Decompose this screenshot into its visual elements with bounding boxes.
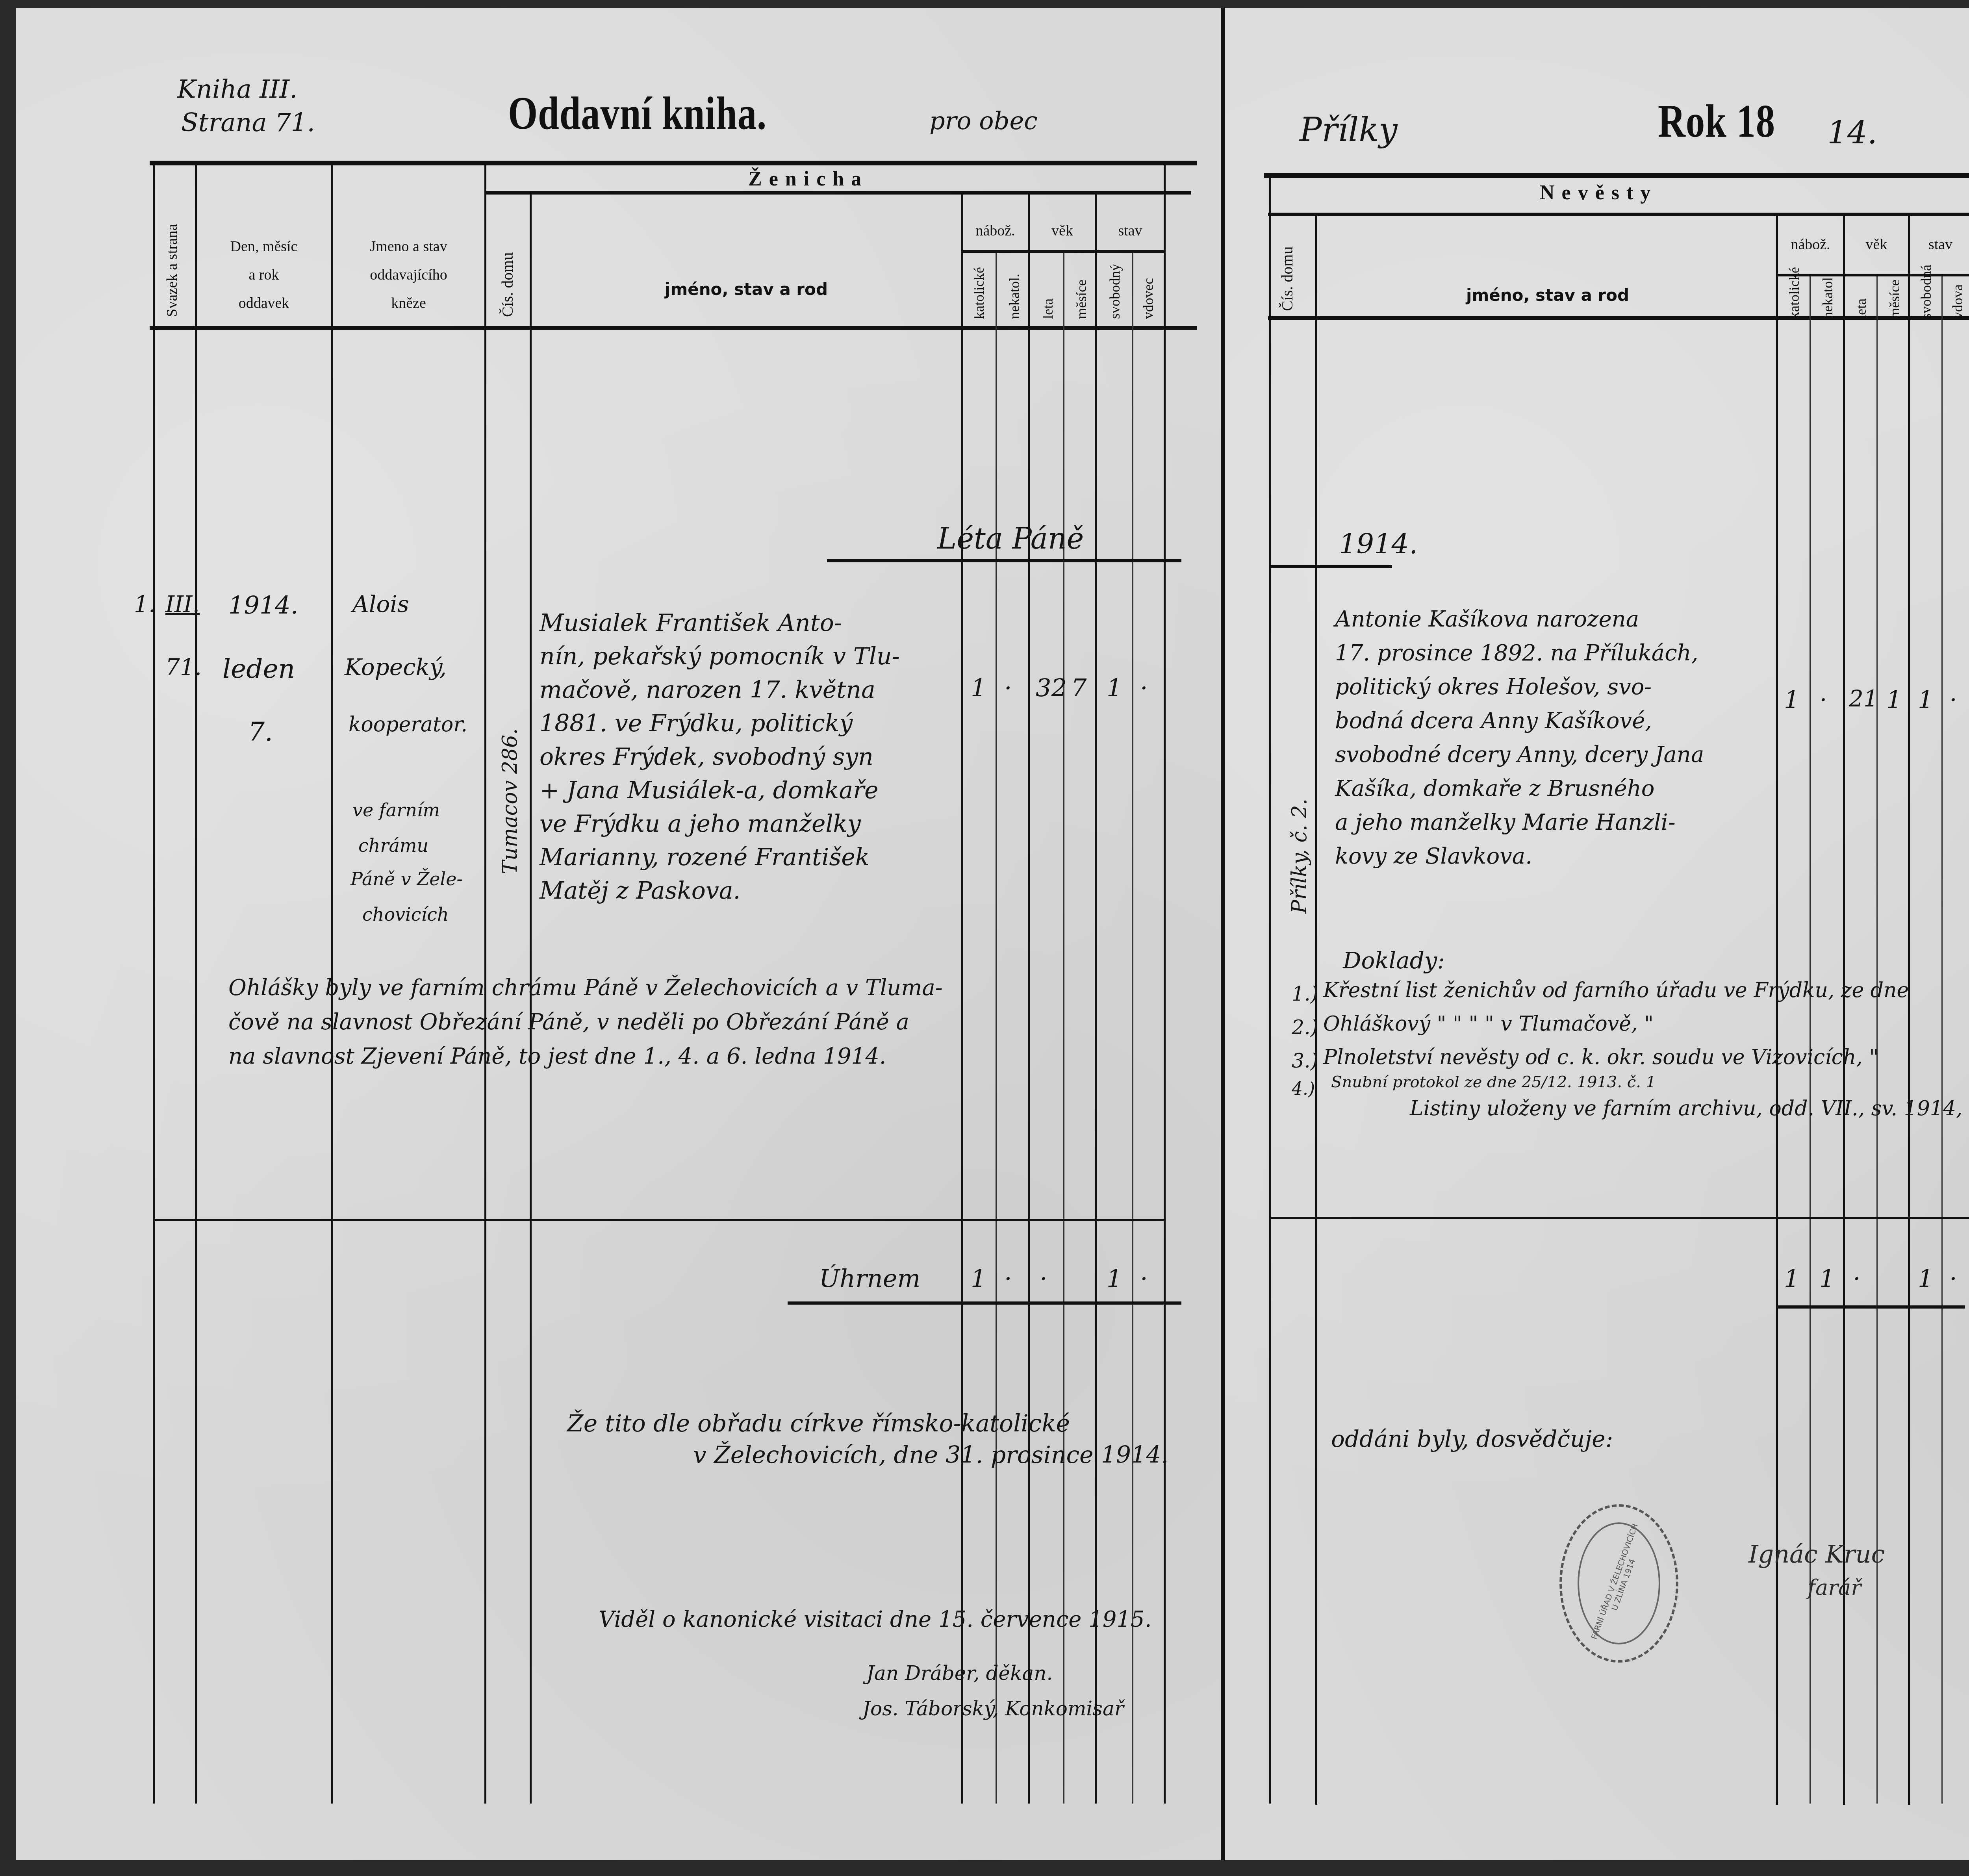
header-years: leta bbox=[1853, 298, 1869, 319]
entry-date-day: 7. bbox=[248, 717, 273, 747]
bride-line: 17. prosince 1892. na Přílukách, bbox=[1335, 636, 1704, 670]
signature-commissioner: Jos. Táborský, Konkomisař bbox=[862, 1697, 1124, 1720]
header-name-status-origin: jméno, stav a rod bbox=[532, 280, 961, 299]
left-page: Kniha III. Strana 71. Oddavní kniha. pro… bbox=[16, 8, 1225, 1860]
header-priest-line: Jmeno a stav bbox=[333, 232, 484, 261]
header-house-no: Čís. domu bbox=[1278, 247, 1296, 311]
header-months: měsíce bbox=[1886, 280, 1903, 319]
header-noncatholic: nekatol. bbox=[1819, 274, 1836, 319]
entry-volume: III. bbox=[165, 591, 200, 617]
priest-line: Alois bbox=[352, 591, 409, 617]
document-text: Snubní protokol ze dne 25/12. 1913. č. 1 bbox=[1331, 1073, 1656, 1091]
header-date: Den, měsíc a rok oddavek bbox=[197, 232, 331, 318]
total-label: Úhrnem bbox=[819, 1264, 920, 1293]
archive-note: Listiny uloženy ve farním archivu, odd. … bbox=[1410, 1097, 1969, 1120]
document-text: Křestní list ženichův od farního úřadu v… bbox=[1323, 979, 1909, 1002]
book-label: Kniha III. bbox=[177, 75, 297, 104]
document-no: 1.) bbox=[1292, 982, 1318, 1005]
header-date-line: Den, měsíc bbox=[197, 232, 331, 261]
groom-age-years: 32 bbox=[1036, 673, 1067, 702]
entry-page: 71. bbox=[165, 654, 202, 680]
header-catholic: katolické bbox=[1786, 267, 1802, 319]
total-value: 1 bbox=[971, 1264, 986, 1293]
bride-details: Antonie Kašíkova narozena 17. prosince 1… bbox=[1335, 602, 1704, 873]
priest-line: chovicích bbox=[362, 904, 449, 925]
header-groom-group: Ženicha bbox=[748, 167, 868, 191]
certification-line: Že tito dle obřadu církve římsko-katolic… bbox=[567, 1410, 1070, 1437]
bride-line: svobodné dcery Anny, dcery Jana bbox=[1335, 738, 1704, 772]
documents-heading: Doklady: bbox=[1343, 947, 1445, 974]
header-status: stav bbox=[1097, 217, 1164, 245]
groom-line: ve Frýdku a jeho manželky bbox=[540, 807, 900, 841]
header-single: svobodný bbox=[1107, 264, 1123, 319]
header-years: leta bbox=[1040, 298, 1056, 319]
municipality-prefix: pro obec bbox=[929, 106, 1038, 135]
header-status: stav bbox=[1910, 230, 1969, 259]
document-no: 2.) bbox=[1292, 1016, 1318, 1039]
document-text: Ohláškový " " " " v Tlumačově, " bbox=[1323, 1012, 1654, 1036]
parish-seal: FARNÍ ÚŘAD V ŽELECHOVICÍCH U ZLÍNA 1914 bbox=[1559, 1504, 1678, 1663]
total-value: · bbox=[1004, 1264, 1012, 1293]
banns-line: Ohlášky byly ve farním chrámu Páně v Žel… bbox=[228, 971, 943, 1005]
banns-text: Ohlášky byly ve farním chrámu Páně v Žel… bbox=[228, 971, 943, 1073]
bride-age-years: 21 bbox=[1849, 685, 1878, 712]
priest-line: kooperator. bbox=[349, 713, 467, 736]
header-widow: vdova bbox=[1949, 284, 1966, 319]
groom-line: Matěj z Paskova. bbox=[540, 874, 900, 908]
entry-date-year: 1914. bbox=[228, 591, 299, 619]
total-value: 1 bbox=[1784, 1264, 1799, 1293]
signature-title: farář bbox=[1808, 1575, 1861, 1600]
bride-line: Antonie Kašíkova narozena bbox=[1335, 602, 1704, 636]
groom-line: Musialek František Anto- bbox=[540, 606, 900, 640]
entry-house-no: Tumacov 286. bbox=[498, 728, 522, 874]
certification-line: oddáni byly, dosvědčuje: bbox=[1331, 1426, 1613, 1452]
header-priest: Jmeno a stav oddavajícího kněze bbox=[333, 232, 484, 318]
header-catholic: katolické bbox=[971, 267, 987, 319]
bride-line: politický okres Holešov, svo- bbox=[1335, 670, 1704, 704]
header-noncatholic: nekatol. bbox=[1006, 274, 1023, 319]
groom-catholic: 1 bbox=[971, 673, 986, 702]
groom-line: 1881. ve Frýdku, politický bbox=[540, 707, 900, 740]
priest-line: Kopecký, bbox=[345, 654, 447, 680]
groom-details: Musialek František Anto- nín, pekařský p… bbox=[540, 606, 900, 908]
right-page: Přílky Rok 18 14. Nevěsty Svědkův Čís. d… bbox=[1225, 8, 1969, 1860]
groom-age-months: 7 bbox=[1071, 673, 1086, 702]
banns-line: čově na slavnost Obřezání Páně, v neděli… bbox=[228, 1005, 943, 1039]
priest-line: ve farním bbox=[352, 799, 440, 821]
groom-line: okres Frýdek, svobodný syn bbox=[540, 740, 900, 774]
bride-catholic: 1 bbox=[1784, 685, 1799, 714]
entry-house-no: Přílky, č. 2. bbox=[1288, 799, 1311, 914]
priest-line: chrámu bbox=[358, 835, 428, 856]
priest-line: Páně v Žele- bbox=[350, 868, 463, 890]
header-house-no: Čís. domu bbox=[498, 252, 517, 317]
entry-date-month: leden bbox=[222, 654, 295, 684]
header-widower: vdovec bbox=[1140, 278, 1157, 319]
total-value: · bbox=[1949, 1264, 1957, 1293]
total-value: 1 bbox=[1107, 1264, 1122, 1293]
header-religion: nábož. bbox=[963, 217, 1028, 245]
bride-single: 1 bbox=[1918, 685, 1933, 714]
header-months: měsíce bbox=[1073, 280, 1090, 319]
total-value: · bbox=[1040, 1264, 1048, 1293]
total-value: · bbox=[1140, 1264, 1148, 1293]
page-label: Strana 71. bbox=[181, 108, 315, 137]
bride-line: kovy ze Slavkova. bbox=[1335, 840, 1704, 873]
header-religion: nábož. bbox=[1778, 230, 1843, 259]
document-text: Plnoletství nevěsty od c. k. okr. soudu … bbox=[1323, 1046, 1878, 1069]
groom-line: + Jana Musiálek-a, domkaře bbox=[540, 774, 900, 807]
header-volume-page: Svazek a strana bbox=[163, 224, 181, 317]
signature-dean: Jan Dráber, děkan. bbox=[866, 1662, 1053, 1685]
bride-noncatholic: · bbox=[1819, 685, 1827, 714]
header-age: věk bbox=[1030, 217, 1095, 245]
header-age: věk bbox=[1845, 230, 1908, 259]
header-priest-line: kněze bbox=[333, 289, 484, 317]
year-label: Rok 18 bbox=[1658, 95, 1775, 148]
signature-priest: Ignác Kruc bbox=[1748, 1540, 1885, 1568]
document-no: 4.) bbox=[1292, 1079, 1315, 1099]
groom-single: 1 bbox=[1107, 673, 1122, 702]
header-priest-line: oddavajícího bbox=[333, 261, 484, 289]
parish-register-spread: Kniha III. Strana 71. Oddavní kniha. pro… bbox=[0, 0, 1969, 1876]
total-value: 1 bbox=[1918, 1264, 1933, 1293]
visitation-line: Viděl o kanonické visitaci dne 15. červe… bbox=[599, 1607, 1152, 1632]
year-handwritten: 14. bbox=[1827, 114, 1877, 151]
bride-age-months: 1 bbox=[1886, 685, 1902, 714]
header-name-status-origin: jméno, stav a rod bbox=[1319, 285, 1776, 305]
section-heading: Léta Páně bbox=[937, 522, 1084, 556]
section-heading: 1914. bbox=[1339, 528, 1418, 560]
header-date-line: a rok bbox=[197, 261, 331, 289]
groom-noncatholic: · bbox=[1004, 673, 1012, 702]
page-title: Oddavní kniha. bbox=[508, 87, 767, 140]
total-value: · bbox=[1853, 1264, 1861, 1293]
certification-line: v Želechovicích, dne 31. prosince 1914. bbox=[693, 1441, 1168, 1469]
groom-widower: · bbox=[1140, 673, 1148, 702]
municipality-name: Přílky bbox=[1300, 110, 1398, 149]
header-bride-group: Nevěsty bbox=[1540, 181, 1658, 204]
banns-line: na slavnost Zjevení Páně, to jest dne 1.… bbox=[228, 1039, 943, 1073]
groom-line: mačově, narozen 17. května bbox=[540, 673, 900, 707]
groom-line: Marianny, rozené František bbox=[540, 841, 900, 874]
bride-widow: · bbox=[1949, 685, 1957, 714]
total-value: 1 bbox=[1819, 1264, 1835, 1293]
bride-line: a jeho manželky Marie Hanzli- bbox=[1335, 806, 1704, 840]
entry-number: 1. bbox=[134, 591, 156, 617]
document-no: 3.) bbox=[1292, 1049, 1318, 1072]
bride-line: bodná dcera Anny Kašíkové, bbox=[1335, 704, 1704, 738]
header-single: svobodná bbox=[1918, 265, 1934, 319]
bride-line: Kašíka, domkaře z Brusného bbox=[1335, 772, 1704, 806]
groom-line: nín, pekařský pomocník v Tlu- bbox=[540, 640, 900, 673]
header-date-line: oddavek bbox=[197, 289, 331, 317]
